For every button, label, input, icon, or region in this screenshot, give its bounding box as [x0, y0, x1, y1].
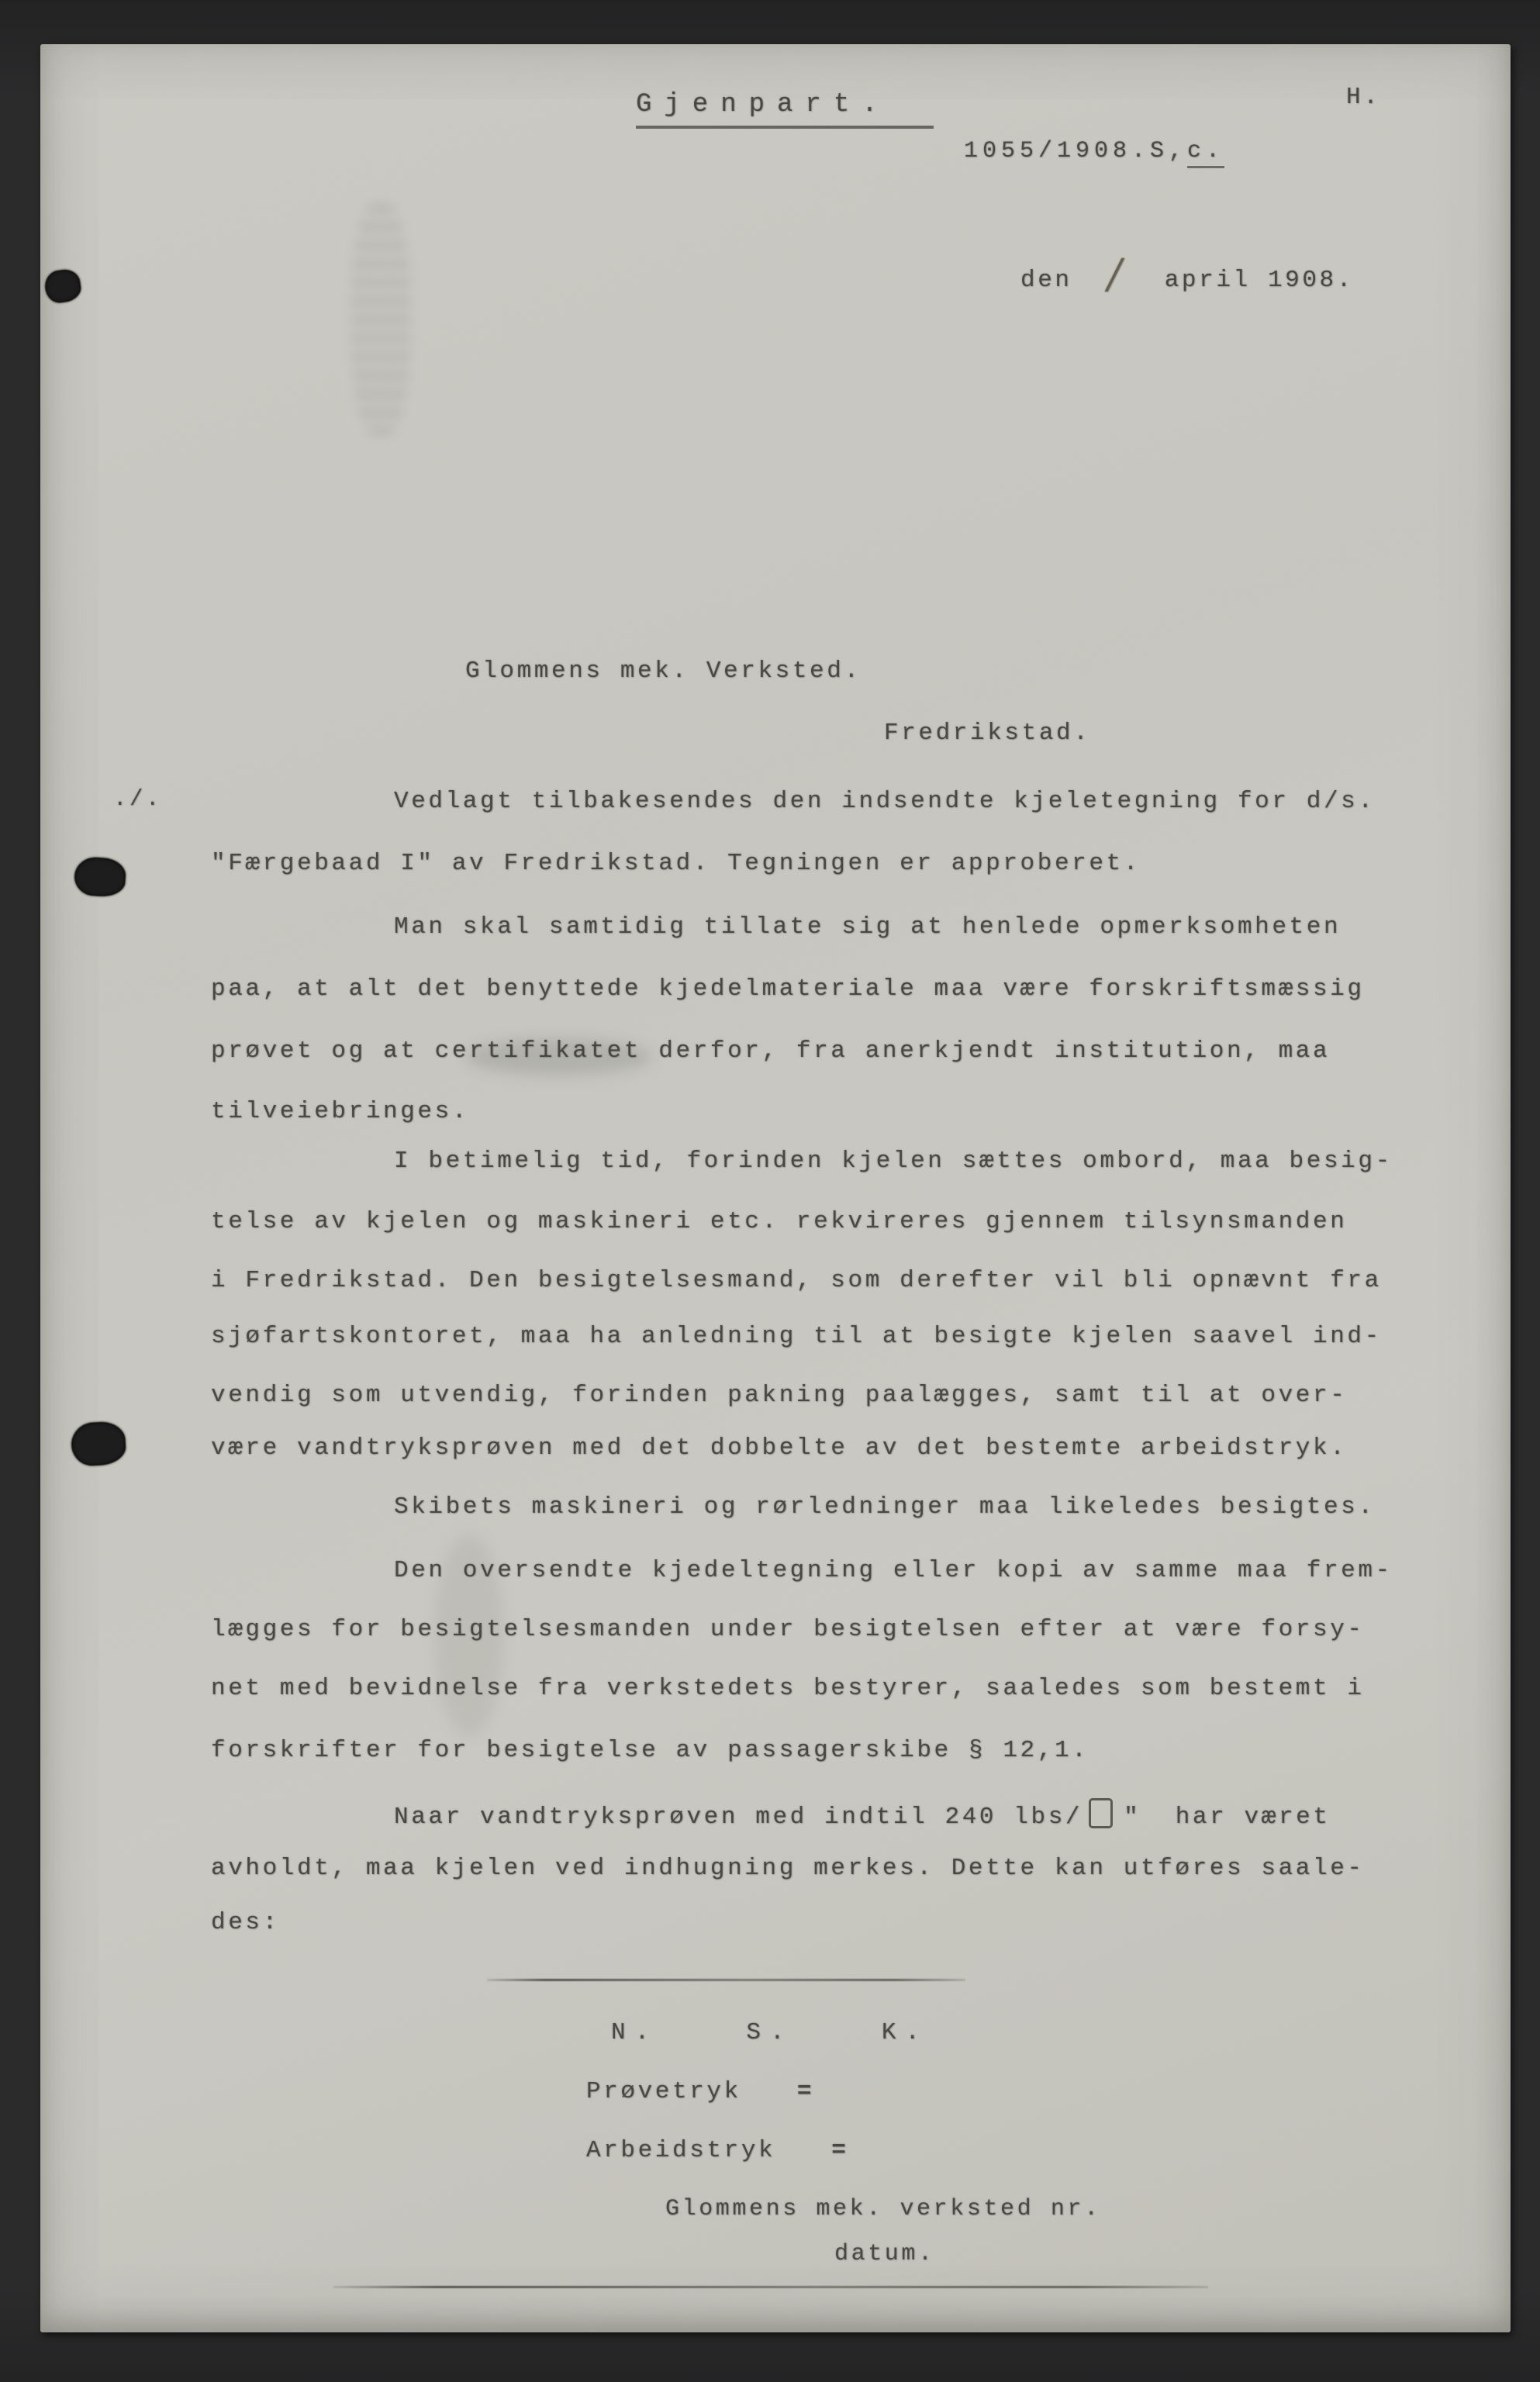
recipient-city: Fredrikstad.: [884, 720, 1090, 747]
body-line: I betimelig tid, forinden kjelen sættes …: [394, 1148, 1393, 1175]
divider-line: [333, 2286, 1208, 2288]
document-title: Gjenpart.: [636, 90, 934, 129]
body-line-water-test: Naar vandtryksprøven med indtil 240 lbs/…: [394, 1793, 1331, 1831]
handwritten-day-mark: /: [1108, 251, 1124, 298]
date-prefix: den: [1020, 267, 1072, 294]
body-line: telse av kjelen og maskineri etc. rekvir…: [211, 1208, 1347, 1235]
body-line: Man skal samtidig tillate sig at henlede…: [394, 913, 1341, 941]
test-pressure-label: Prøvetryk: [586, 2078, 741, 2105]
workshop-number-line: Glommens mek. verksted nr.: [665, 2196, 1101, 2222]
square-inch-symbol: [1089, 1798, 1113, 1828]
body-line: sjøfartskontoret, maa ha anledning til a…: [211, 1323, 1382, 1350]
water-test-after: " har været: [1124, 1804, 1330, 1831]
working-pressure-line: Arbeidstryk=: [586, 2137, 846, 2164]
date-rest: april 1908.: [1165, 267, 1354, 294]
body-line: avholdt, maa kjelen ved indhugning merke…: [211, 1855, 1365, 1882]
body-line: "Færgebaad I" av Fredrikstad. Tegningen …: [211, 850, 1141, 877]
body-line: være vandtryksprøven med det dobbelte av…: [211, 1434, 1347, 1462]
body-line: Vedlagt tilbakesendes den indsendte kjel…: [394, 788, 1376, 815]
body-line: Den oversendte kjedeltegning eller kopi …: [394, 1557, 1393, 1584]
body-line: vendig som utvendig, forinden pakning pa…: [211, 1382, 1347, 1409]
date-placeholder-line: datum.: [834, 2241, 935, 2267]
dateline: den/april 1908.: [1020, 250, 1354, 296]
body-line: forskrifter for besigtelse av passagersk…: [211, 1737, 1089, 1764]
working-pressure-label: Arbeidstryk: [586, 2137, 775, 2164]
divider-line: [487, 1979, 965, 1981]
scanned-document: Gjenpart. H. 1055/1908.S,c. den/april 19…: [0, 0, 1540, 2382]
water-test-before: Naar vandtryksprøven med indtil 240 lbs/: [394, 1804, 1082, 1831]
body-line: Skibets maskineri og rørledninger maa li…: [394, 1493, 1376, 1521]
reference-number: 1055/1908.S,c.: [964, 138, 1224, 164]
body-line: paa, at alt det benyttede kjedelmaterial…: [211, 975, 1365, 1003]
test-pressure-line: Prøvetryk=: [586, 2078, 811, 2105]
equals-sign: =: [797, 2078, 812, 2105]
equals-sign: =: [831, 2137, 846, 2164]
body-line: i Fredrikstad. Den besigtelsesmand, som …: [211, 1267, 1382, 1294]
ink-bleed-mark: [350, 203, 411, 436]
reference-suffix: c.: [1187, 138, 1224, 168]
body-line: lægges for besigtelsesmanden under besig…: [211, 1616, 1365, 1643]
enclosure-mark: ./.: [113, 786, 162, 812]
document-page: [40, 44, 1511, 2332]
body-line: prøvet og at certifikatet derfor, fra an…: [211, 1037, 1330, 1065]
corner-mark: H.: [1346, 84, 1380, 111]
stamp-initials: N. S. K.: [611, 2019, 929, 2046]
body-line: tilveiebringes.: [211, 1098, 469, 1125]
recipient-name: Glommens mek. Verksted.: [465, 658, 862, 685]
body-line: net med bevidnelse fra verkstedets besty…: [211, 1675, 1365, 1702]
body-line: des:: [211, 1909, 280, 1936]
reference-main: 1055/1908.S,: [964, 138, 1187, 164]
